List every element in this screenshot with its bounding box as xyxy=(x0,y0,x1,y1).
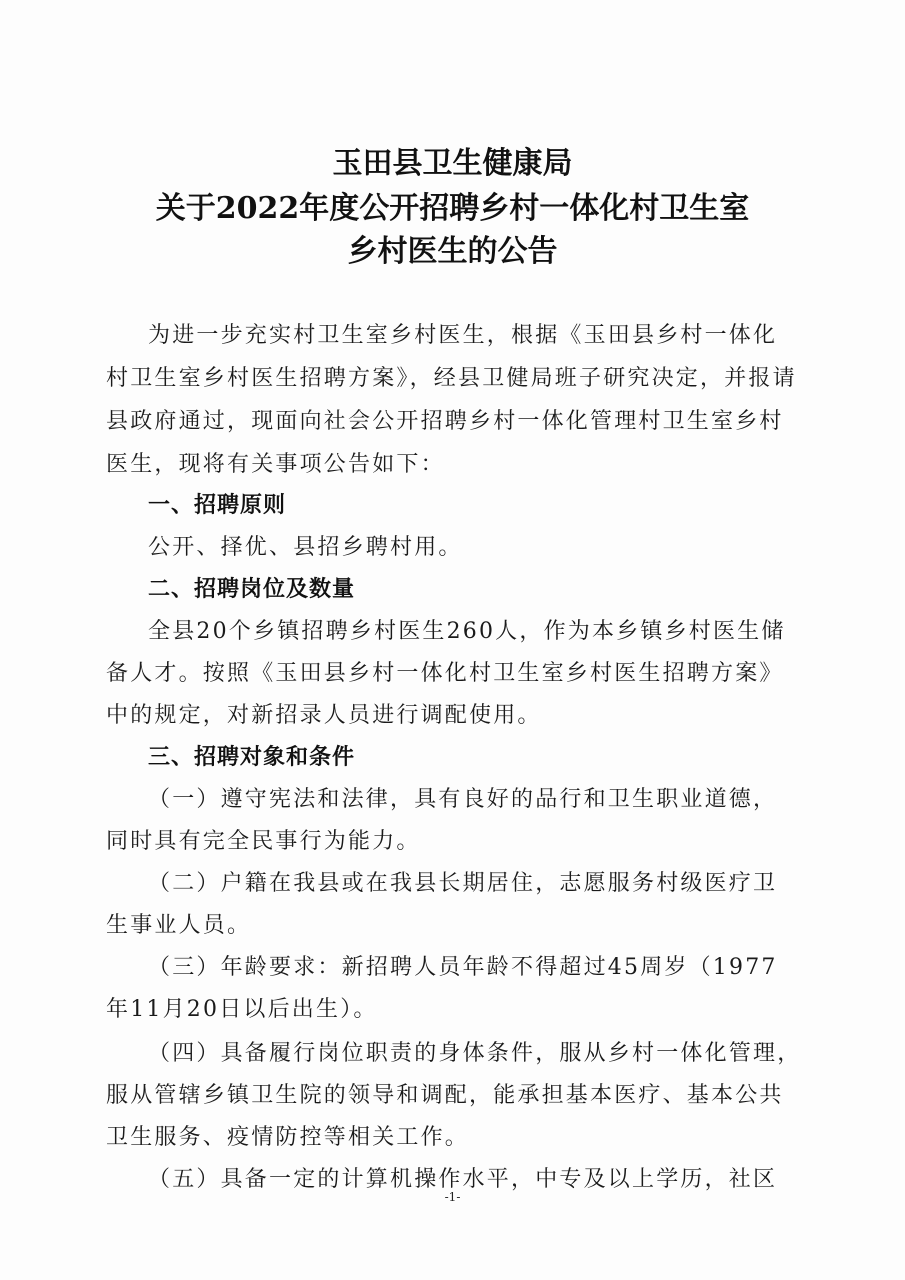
section-heading-1: 一、招聘原则 xyxy=(148,488,286,519)
intro-line: 村卫生室乡村医生招聘方案》，经县卫健局班子研究决定，并报请 xyxy=(106,361,797,392)
section-heading-3: 三、招聘对象和条件 xyxy=(148,740,355,771)
body-line: 同时具有完全民事行为能力。 xyxy=(106,824,421,855)
title-line-1: 玉田县卫生健康局 xyxy=(0,138,905,182)
page-number: -1- xyxy=(0,1190,905,1204)
section-heading-2: 二、招聘岗位及数量 xyxy=(148,572,355,603)
body-line: （五）具备一定的计算机操作水平，中专及以上学历，社区 xyxy=(148,1162,777,1193)
intro-line: 县政府通过，现面向社会公开招聘乡村一体化管理村卫生室乡村 xyxy=(106,404,784,435)
body-line: 备人才。按照《玉田县乡村一体化村卫生室乡村医生招聘方案》 xyxy=(106,656,784,687)
body-line: 服从管辖乡镇卫生院的领导和调配，能承担基本医疗、基本公共 xyxy=(106,1078,784,1109)
body-line: （一）遵守宪法和法律，具有良好的品行和卫生职业道德， xyxy=(148,782,777,813)
body-line: 全县20个乡镇招聘乡村医生260人，作为本乡镇乡村医生储 xyxy=(148,614,786,645)
intro-line: 医生，现将有关事项公告如下： xyxy=(106,447,445,478)
body-line: 生事业人员。 xyxy=(106,908,251,939)
body-line: （二）户籍在我县或在我县长期居住，志愿服务村级医疗卫 xyxy=(148,866,777,897)
body-line: 中的规定，对新招录人员进行调配使用。 xyxy=(106,698,542,729)
body-line: 卫生服务、疫情防控等相关工作。 xyxy=(106,1120,469,1151)
title-line-2: 关于2022年度公开招聘乡村一体化村卫生室 xyxy=(0,183,905,227)
body-line: （三）年龄要求：新招聘人员年龄不得超过45周岁（1977 xyxy=(148,950,778,981)
body-line: 公开、择优、县招乡聘村用。 xyxy=(148,530,463,561)
body-line: （四）具备履行岗位职责的身体条件，服从乡村一体化管理， xyxy=(148,1036,801,1067)
body-line: 年11月20日以后出生）。 xyxy=(106,992,378,1023)
title-line-3: 乡村医生的公告 xyxy=(0,226,905,270)
intro-line: 为进一步充实村卫生室乡村医生，根据《玉田县乡村一体化 xyxy=(148,318,777,349)
